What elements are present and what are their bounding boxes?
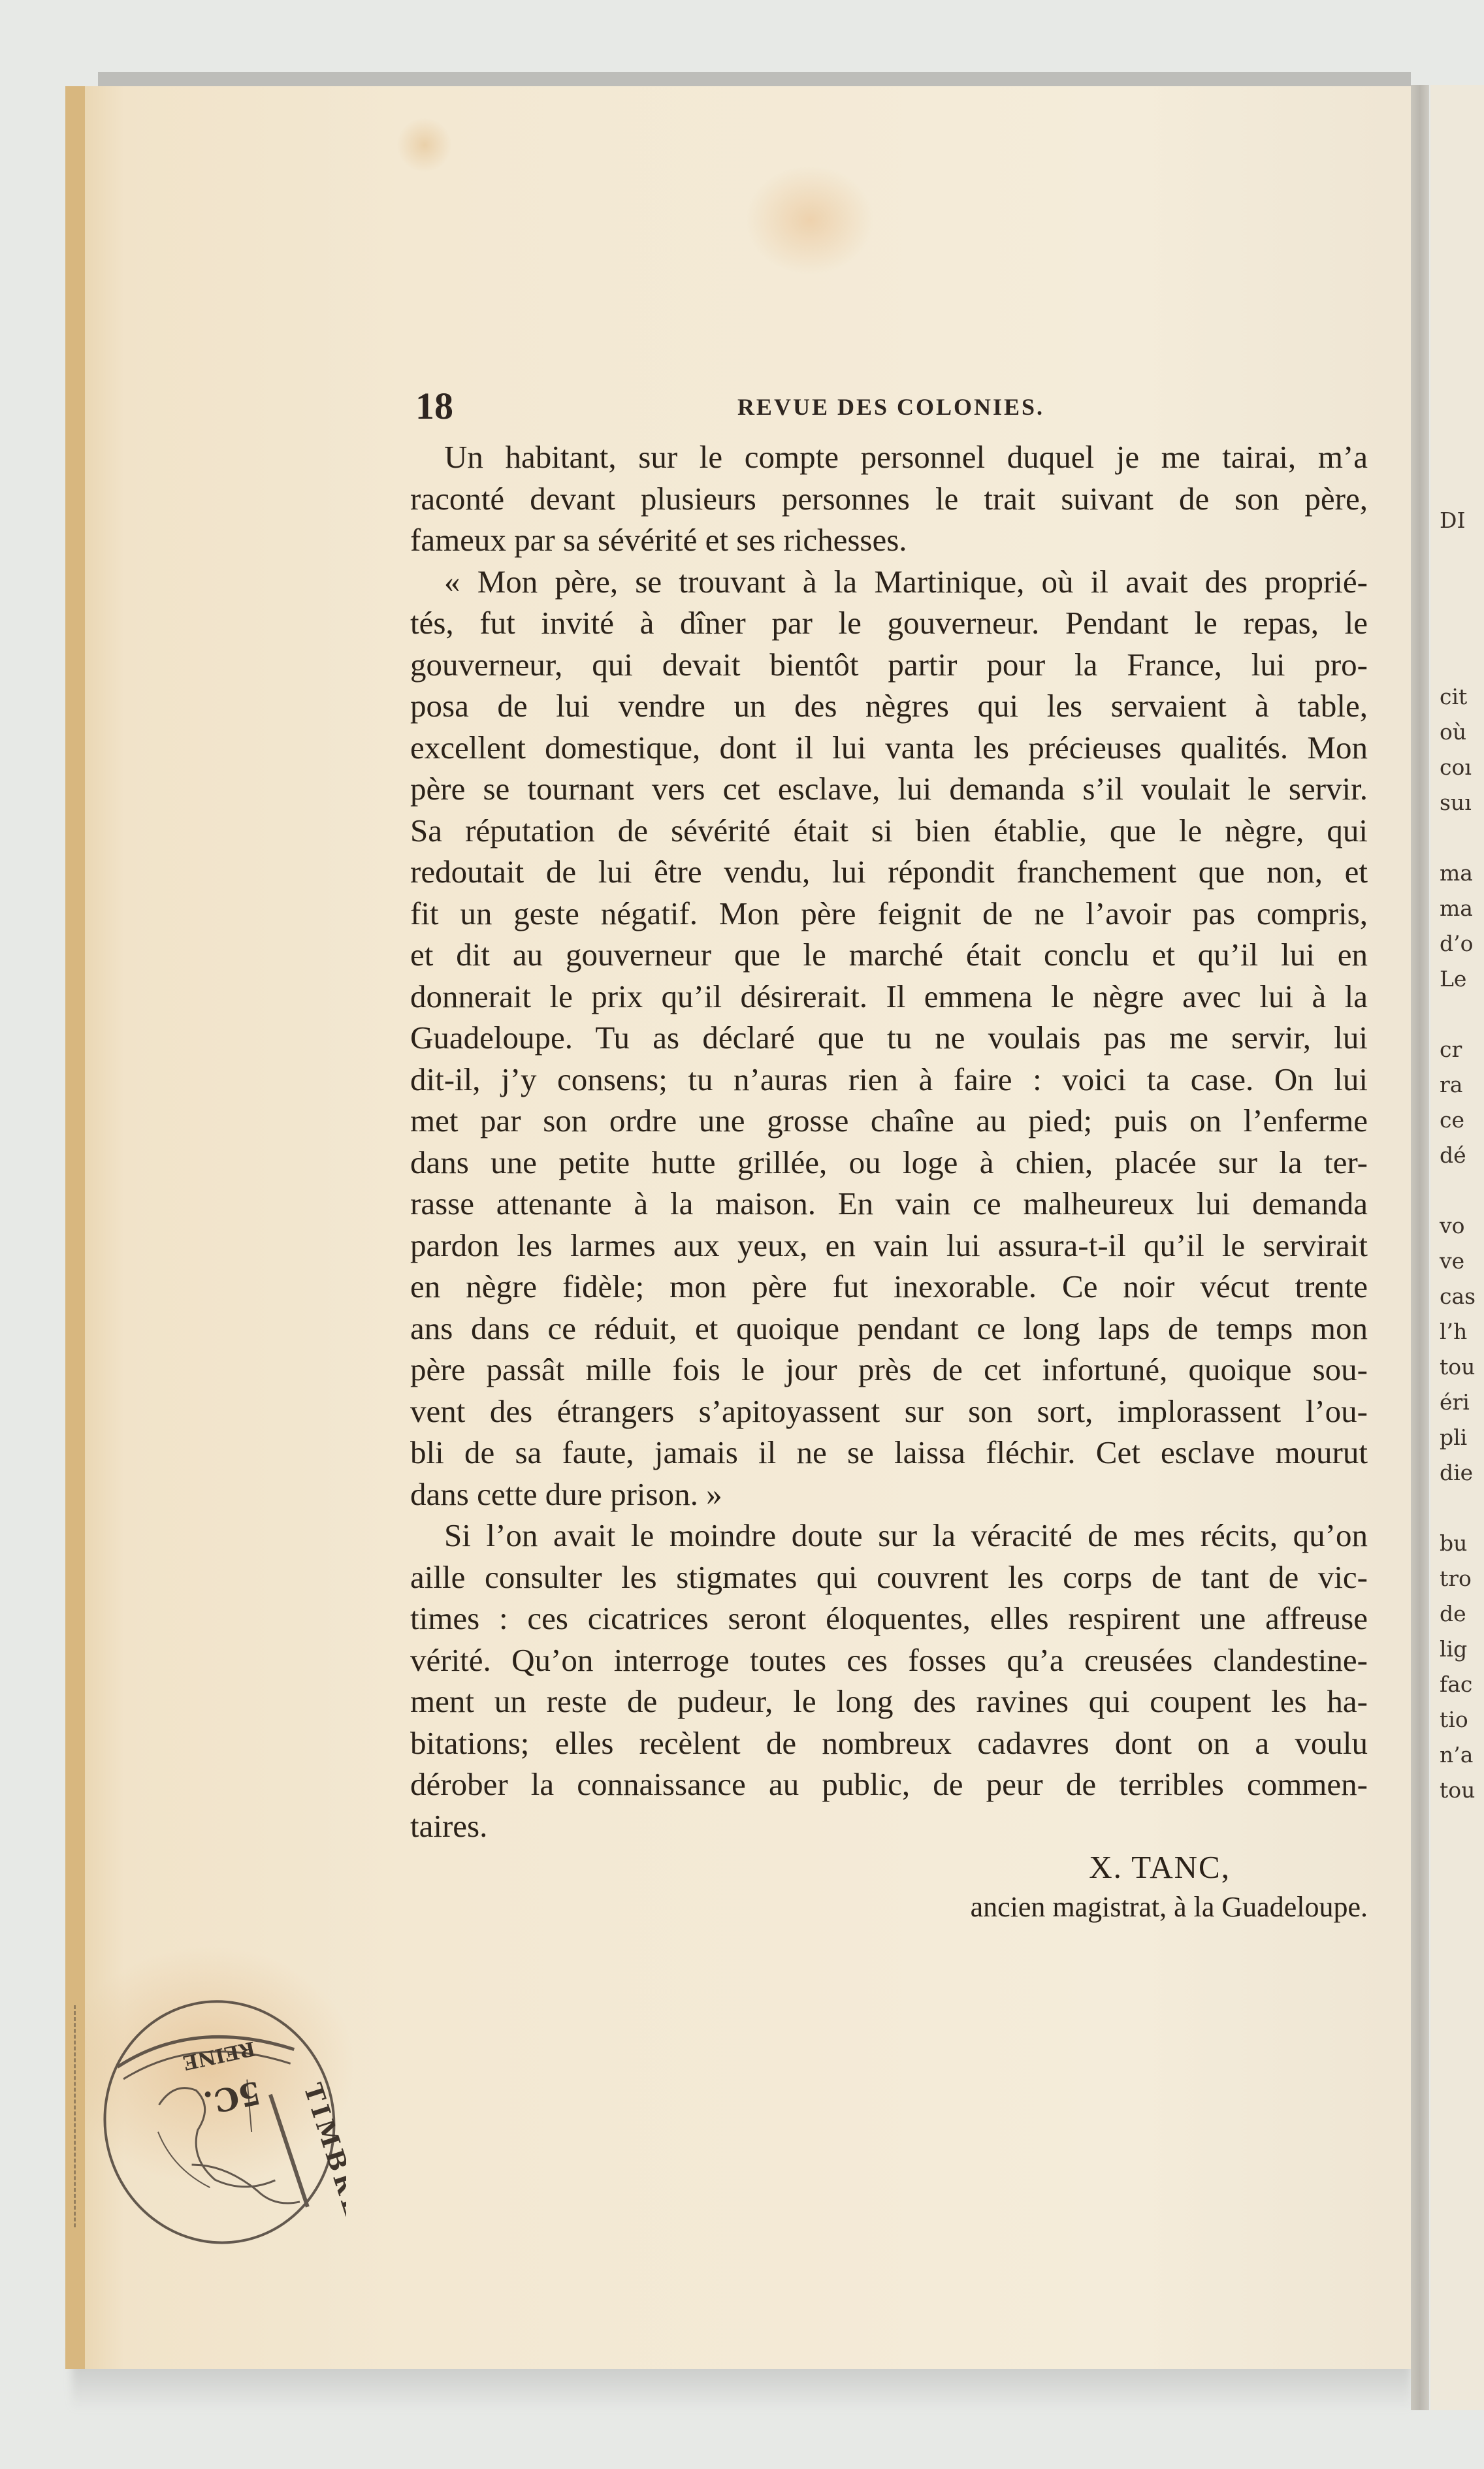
facing-fragment: suı: [1440, 785, 1476, 820]
text-line: fameux par sa sévérité et ses richesses.: [410, 519, 1368, 561]
text-line: père se tournant vers cet esclave, lui d…: [410, 768, 1368, 810]
journal-title: REVUE DES COLONIES.: [415, 393, 1366, 421]
facing-fragment: d’o: [1440, 926, 1476, 961]
author-name: X. TANC,: [410, 1848, 1368, 1890]
signature-block: X. TANC, ancien magistrat, à la Guadelou…: [410, 1848, 1368, 1932]
facing-fragment: ce: [1440, 1103, 1476, 1138]
text-line: dérober la connaissance au public, de pe…: [410, 1764, 1368, 1805]
text-line: fit un geste négatif. Mon père feignit d…: [410, 893, 1368, 935]
facing-fragment: ma: [1440, 856, 1476, 891]
text-line: Guadeloupe. Tu as déclaré que tu ne voul…: [410, 1017, 1368, 1059]
facing-fragment: [1440, 644, 1476, 679]
text-line: pardon les larmes aux yeux, en vain lui …: [410, 1225, 1368, 1267]
text-line: vent des étrangers s’apitoyassent sur so…: [410, 1391, 1368, 1432]
facing-fragment: bu: [1440, 1526, 1476, 1561]
facing-fragment: coı: [1440, 750, 1476, 785]
text-line: donnerait le prix qu’il désirerait. Il e…: [410, 976, 1368, 1018]
facing-fragment: pli: [1440, 1420, 1476, 1455]
facing-fragment: tou: [1440, 1349, 1476, 1385]
facing-fragment: de: [1440, 1596, 1476, 1632]
facing-fragment: [1440, 820, 1476, 856]
text-line: times : ces cicatrices seront éloquentes…: [410, 1598, 1368, 1639]
facing-fragment: éri: [1440, 1385, 1476, 1420]
book-gutter: [1411, 85, 1429, 2410]
paragraph: Si l’on avait le moindre doute sur la vé…: [410, 1515, 1368, 1847]
facing-fragment: fac: [1440, 1667, 1476, 1702]
tax-stamp-icon: REINE 5C. TIMBRE: [85, 1989, 346, 2250]
paragraph: « Mon père, se trouvant à la Martinique,…: [410, 561, 1368, 1515]
facing-page-text-fragments: DIcitoùcoısuımamad’oLecrracedévovecasl’h…: [1440, 503, 1476, 1808]
facing-fragment: ra: [1440, 1067, 1476, 1103]
text-line: père passât mille fois le jour près de c…: [410, 1349, 1368, 1391]
running-head: 18 REVUE DES COLONIES.: [415, 384, 1366, 430]
facing-fragment: [1440, 997, 1476, 1032]
facing-fragment: ma: [1440, 891, 1476, 926]
facing-fragment: Le: [1440, 961, 1476, 997]
text-line: rasse attenante à la maison. En vain ce …: [410, 1183, 1368, 1225]
facing-fragment: [1440, 609, 1476, 644]
text-line: dit-il, j’y consens; tu n’auras rien à f…: [410, 1059, 1368, 1101]
facing-fragment: [1440, 1491, 1476, 1526]
facing-page-edge: DIcitoùcoısuımamad’oLecrracedévovecasl’h…: [1430, 85, 1484, 2410]
text-line: Un habitant, sur le compte personnel duq…: [410, 436, 1368, 478]
facing-fragment: lig: [1440, 1632, 1476, 1667]
text-line: vérité. Qu’on interroge toutes ces fosse…: [410, 1639, 1368, 1681]
text-line: en nègre fidèle; mon père fut inexorable…: [410, 1266, 1368, 1308]
facing-fragment: cas: [1440, 1279, 1476, 1314]
text-line: gouverneur, qui devait bientôt partir po…: [410, 644, 1368, 686]
facing-fragment: cit: [1440, 679, 1476, 715]
text-line: tés, fut invité à dîner par le gouverneu…: [410, 602, 1368, 644]
facing-fragment: n’a: [1440, 1737, 1476, 1773]
facing-fragment: tou: [1440, 1773, 1476, 1808]
paragraph: Un habitant, sur le compte personnel duq…: [410, 436, 1368, 561]
text-line: dans cette dure prison. »: [410, 1474, 1368, 1515]
text-line: bli de sa faute, jamais il ne se laissa …: [410, 1432, 1368, 1474]
text-line: met par son ordre une grosse chaîne au p…: [410, 1100, 1368, 1142]
text-line: raconté devant plusieurs personnes le tr…: [410, 478, 1368, 520]
facing-fragment: où: [1440, 715, 1476, 750]
text-line: bitations; elles recèlent de nombreux ca…: [410, 1722, 1368, 1764]
author-title: ancien magistrat, à la Guadeloupe.: [410, 1890, 1368, 1932]
text-line: redoutait de lui être vendu, lui répondi…: [410, 851, 1368, 893]
facing-fragment: l’h: [1440, 1314, 1476, 1349]
stamp-value: 5C.: [201, 2073, 264, 2121]
facing-fragment: [1440, 573, 1476, 609]
text-line: Si l’on avait le moindre doute sur la vé…: [410, 1515, 1368, 1557]
facing-fragment: cr: [1440, 1032, 1476, 1067]
facing-fragment: vo: [1440, 1208, 1476, 1244]
text-line: Sa réputation de sévérité était si bien …: [410, 810, 1368, 852]
facing-fragment: [1440, 1173, 1476, 1208]
facing-fragment: dé: [1440, 1138, 1476, 1173]
facing-fragment: tro: [1440, 1561, 1476, 1596]
text-line: aille consulter les stigmates qui couvre…: [410, 1557, 1368, 1598]
text-line: et dit au gouverneur que le marché était…: [410, 934, 1368, 976]
text-line: « Mon père, se trouvant à la Martinique,…: [410, 561, 1368, 603]
text-line: posa de lui vendre un des nègres qui les…: [410, 685, 1368, 727]
text-line: excellent domestique, dont il lui vanta …: [410, 727, 1368, 769]
text-line: taires.: [410, 1805, 1368, 1847]
facing-fragment: die: [1440, 1455, 1476, 1491]
article-body: Un habitant, sur le compte personnel duq…: [410, 436, 1368, 1847]
text-line: ment un reste de pudeur, le long des rav…: [410, 1681, 1368, 1722]
text-line: dans une petite hutte grillée, ou loge à…: [410, 1142, 1368, 1184]
facing-fragment: tio: [1440, 1702, 1476, 1737]
stamp-top-text: REINE: [181, 2037, 257, 2074]
text-line: ans dans ce réduit, et quoique pendant c…: [410, 1308, 1368, 1349]
margin-dashes: [74, 2005, 78, 2227]
facing-fragment: DI: [1440, 503, 1476, 538]
facing-fragment: [1440, 538, 1476, 573]
facing-fragment: ve: [1440, 1244, 1476, 1279]
